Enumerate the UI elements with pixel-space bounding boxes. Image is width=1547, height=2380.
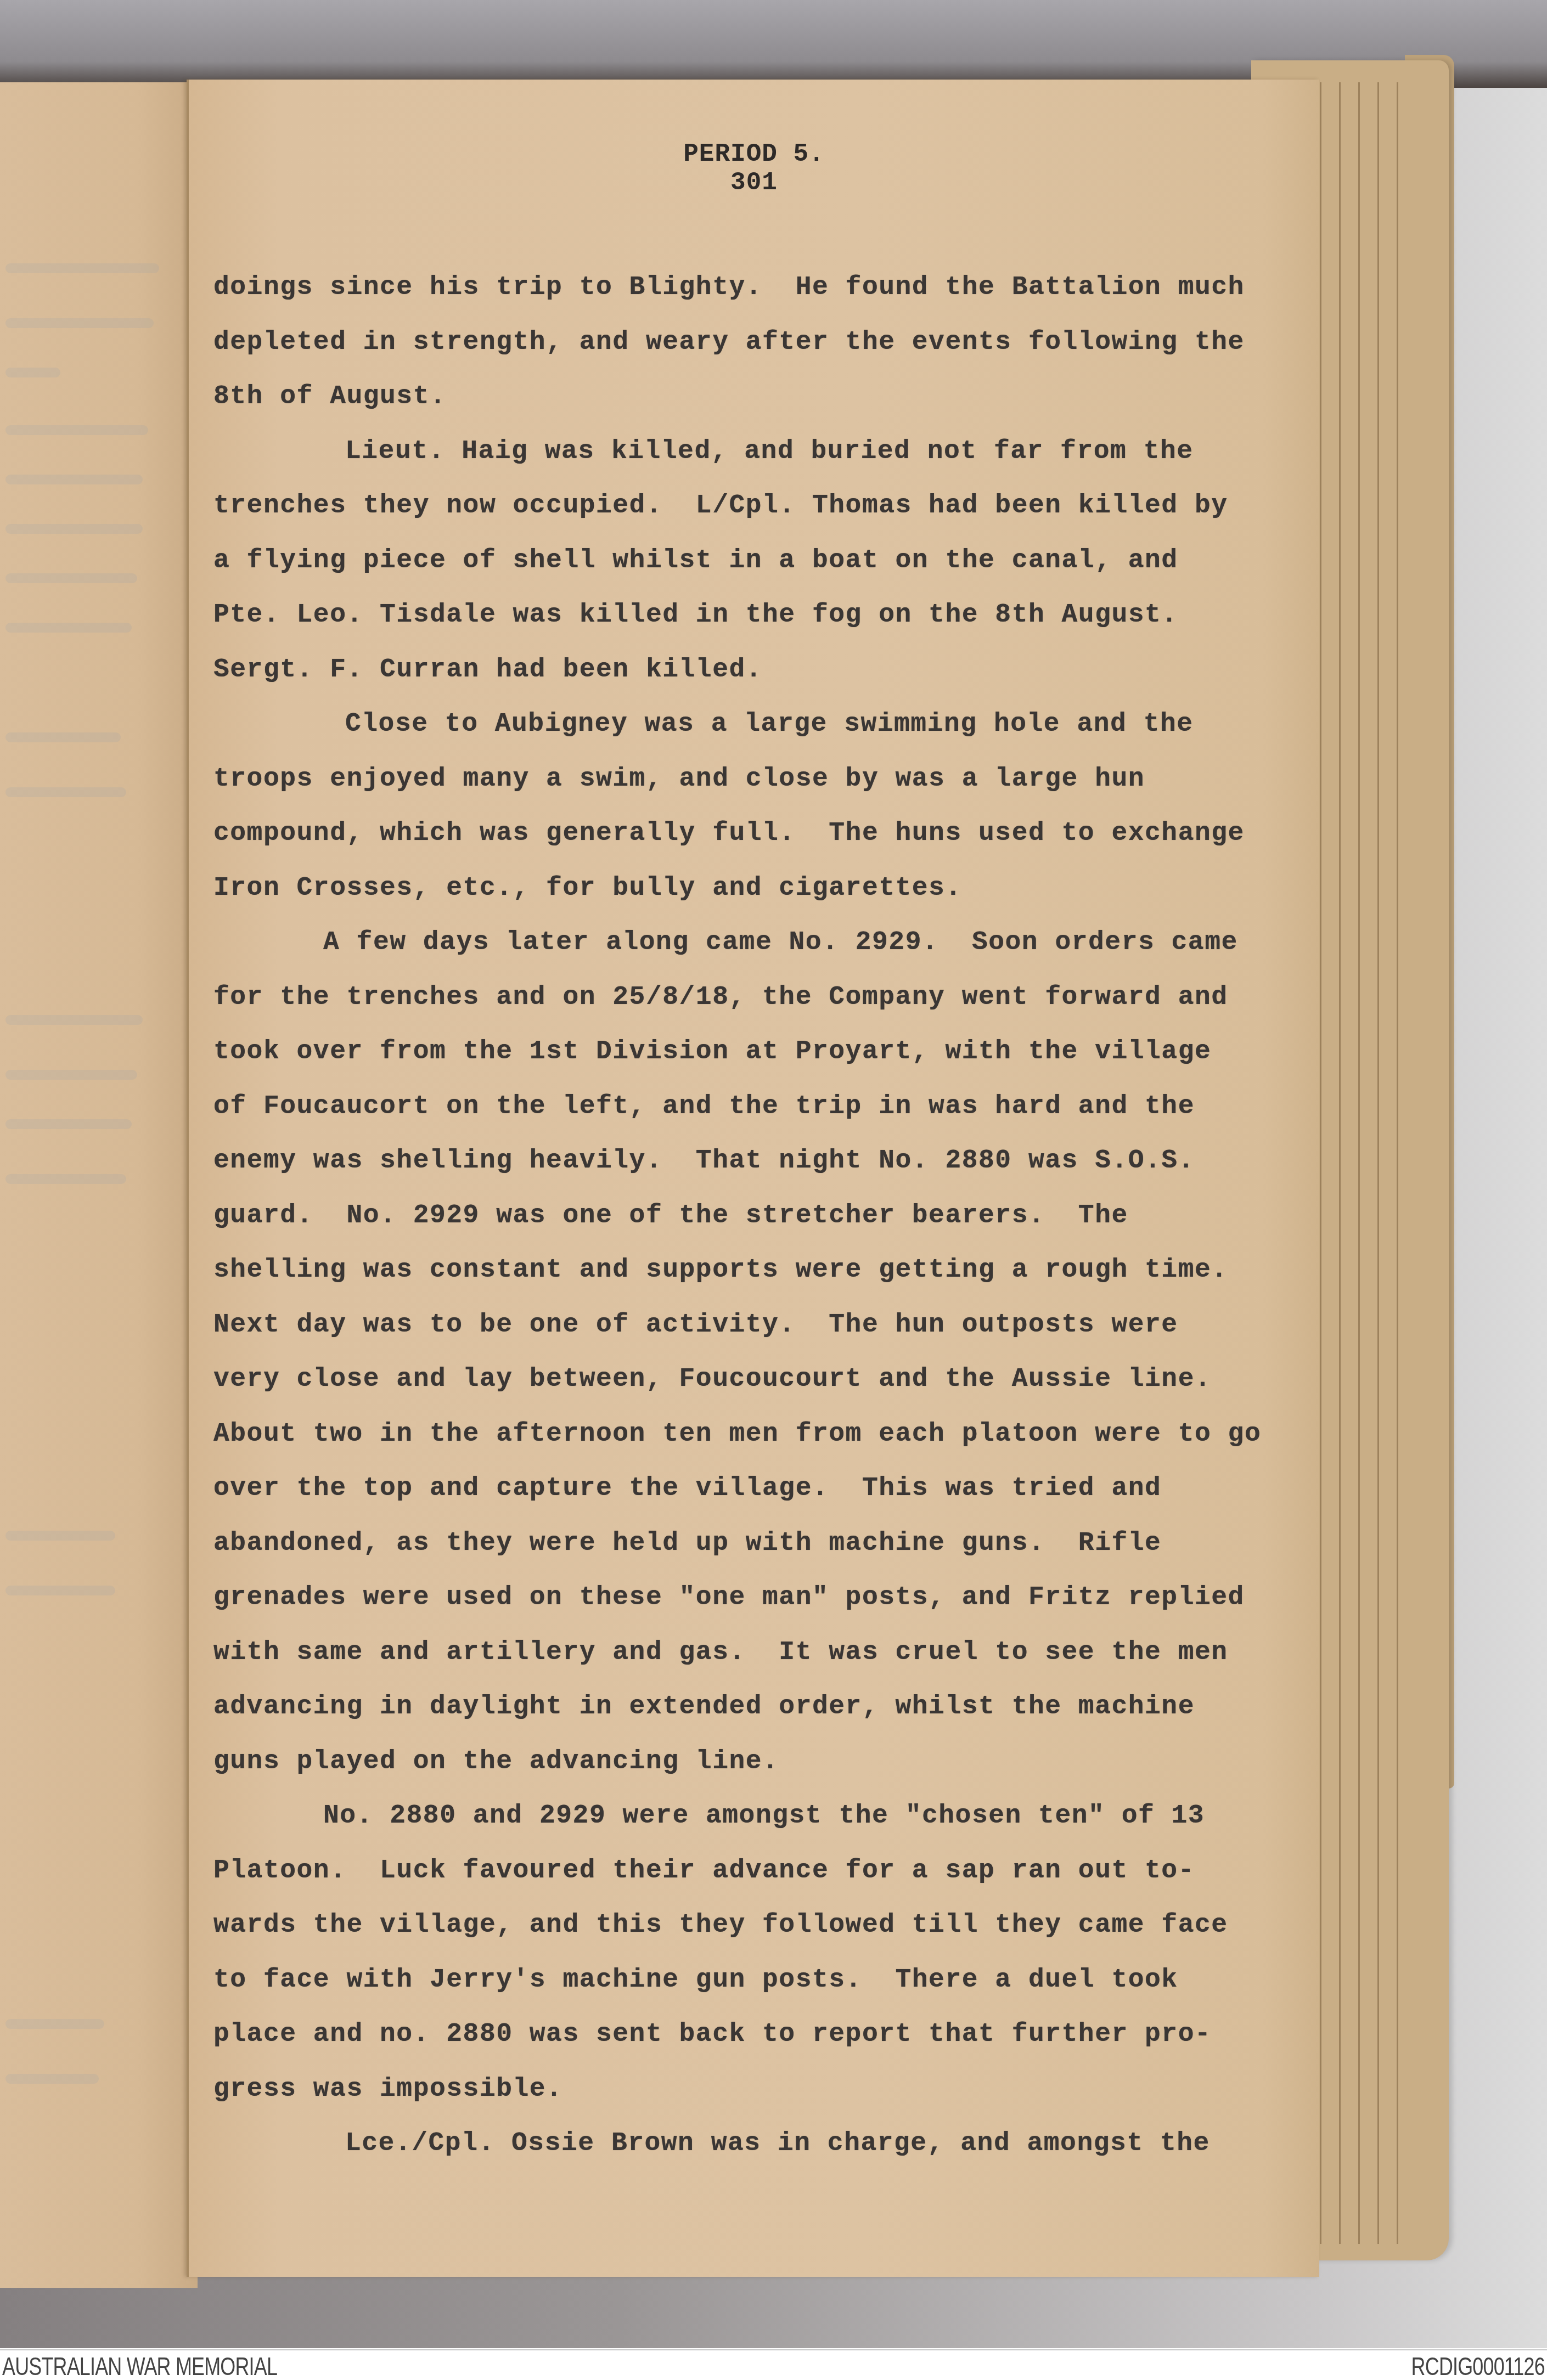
page-number: 301 [189,168,1319,197]
bleed-through-text [5,425,148,435]
text-line: Platoon. Luck favoured their advance for… [213,1844,1256,1899]
bleed-through-text [5,1174,126,1184]
text-line: A few days later along came No. 2929. So… [213,916,1256,971]
text-line: of Foucaucort on the left, and the trip … [213,1080,1256,1135]
text-line: Next day was to be one of activity. The … [213,1298,1256,1353]
text-line: took over from the 1st Division at Proya… [213,1025,1256,1080]
bleed-through-text [5,1070,137,1080]
text-line: depleted in strength, and weary after th… [213,315,1256,370]
text-line: to face with Jerry's machine gun posts. … [213,1953,1256,2008]
bleed-through-text [5,1586,115,1595]
page-edge [1377,82,1379,2244]
bleed-through-text [5,2074,99,2084]
text-line: trenches they now occupied. L/Cpl. Thoma… [213,479,1256,534]
text-line: abandoned, as they were held up with mac… [213,1516,1256,1571]
text-line: doings since his trip to Blighty. He fou… [213,261,1256,315]
text-line: for the trenches and on 25/8/18, the Com… [213,971,1256,1025]
text-line: Close to Aubigney was a large swimming h… [213,697,1256,752]
text-line: with same and artillery and gas. It was … [213,1626,1256,1680]
bleed-through-text [5,787,126,797]
text-line: 8th of August. [213,370,1256,425]
text-line: advancing in daylight in extended order,… [213,1680,1256,1735]
text-line: Pte. Leo. Tisdale was killed in the fog … [213,588,1256,643]
institution-label: AUSTRALIAN WAR MEMORIAL [2,2351,277,2380]
bleed-through-text [5,732,121,742]
bleed-through-text [5,1015,143,1025]
text-line: very close and lay between, Foucoucourt … [213,1352,1256,1407]
text-line: Sergt. F. Curran had been killed. [213,643,1256,698]
text-line: Iron Crosses, etc., for bully and cigare… [213,861,1256,916]
text-line: shelling was constant and supports were … [213,1243,1256,1298]
page-edge [1358,82,1360,2244]
text-line: compound, which was generally full. The … [213,807,1256,861]
text-line: About two in the afternoon ten men from … [213,1407,1256,1462]
text-line: Lieut. Haig was killed, and buried not f… [213,425,1256,480]
text-line: guard. No. 2929 was one of the stretcher… [213,1189,1256,1244]
bleed-through-text [5,1119,132,1129]
text-line: grenades were used on these "one man" po… [213,1571,1256,1626]
bleed-through-text [5,2019,104,2029]
text-line: over the top and capture the village. Th… [213,1462,1256,1516]
bleed-through-text [5,573,137,583]
bleed-through-text [5,623,132,633]
text-line: enemy was shelling heavily. That night N… [213,1134,1256,1189]
text-line: a flying piece of shell whilst in a boat… [213,534,1256,589]
page-edge [1339,82,1341,2244]
period-heading: PERIOD 5. [189,140,1319,168]
bleed-through-text [5,524,143,534]
text-line: troops enjoyed many a swim, and close by… [213,752,1256,807]
bleed-through-text [5,318,154,328]
text-line: No. 2880 and 2929 were amongst the "chos… [213,1789,1256,1844]
text-line: wards the village, and this they followe… [213,1898,1256,1953]
footer-bar: AUSTRALIAN WAR MEMORIAL RCDIG0001126 [0,2349,1547,2380]
bleed-through-text [5,368,60,377]
text-line: gress was impossible. [213,2062,1256,2117]
left-page [0,82,198,2288]
text-line: guns played on the advancing line. [213,1735,1256,1790]
page-edge [1320,82,1321,2244]
text-line: place and no. 2880 was sent back to repo… [213,2007,1256,2062]
bleed-through-text [5,1531,115,1541]
right-page: PERIOD 5. 301 doings since his trip to B… [187,80,1319,2277]
bleed-through-text [5,263,159,273]
scanned-photograph: PERIOD 5. 301 doings since his trip to B… [0,0,1547,2348]
record-identifier: RCDIG0001126 [1411,2351,1545,2380]
typed-body-text: doings since his trip to Blighty. He fou… [213,261,1256,2172]
page-edge [1397,82,1398,2244]
bleed-through-text [5,475,143,484]
text-line: Lce./Cpl. Ossie Brown was in charge, and… [213,2117,1256,2172]
